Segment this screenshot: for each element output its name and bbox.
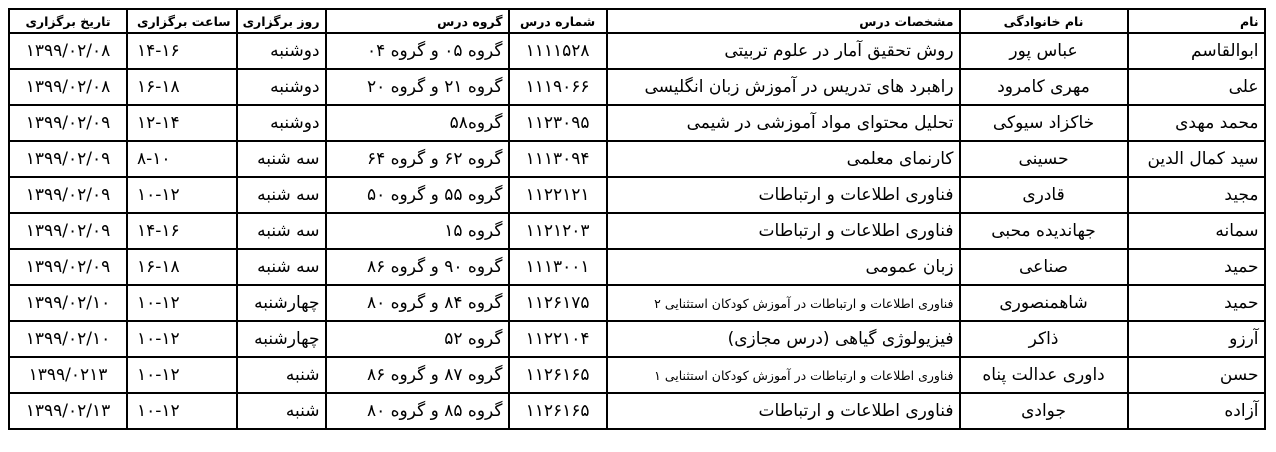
cell-date: ۱۳۹۹/۰۲/۰۹ [9,105,127,141]
course-schedule-table: نام نام خانوادگی مشخصات درس شماره درس گر… [8,8,1266,430]
cell-name: حسن [1128,357,1265,393]
cell-name: حمید [1128,285,1265,321]
cell-course_details: راهبرد های تدریس در آموزش زبان انگلیسی [607,69,960,105]
cell-course_group: گروه۵۸ [326,105,509,141]
cell-course_group: گروه ۶۲ و گروه ۶۴ [326,141,509,177]
cell-time: ۱۲-۱۴ [127,105,237,141]
cell-course_group: گروه ۰۵ و گروه ۰۴ [326,33,509,69]
cell-family: شاهمنصوری [960,285,1128,321]
cell-name: آرزو [1128,321,1265,357]
cell-course_group: گروه ۱۵ [326,213,509,249]
cell-date: ۱۳۹۹/۰۲/۰۹ [9,141,127,177]
cell-family: مهری کامرود [960,69,1128,105]
cell-family: ذاکر [960,321,1128,357]
table-row: محمد مهدیخاکزاد سیوکیتحلیل محتوای مواد آ… [9,105,1265,141]
cell-course_group: گروه ۸۴ و گروه ۸۰ [326,285,509,321]
cell-date: ۱۳۹۹/۰۲/۱۰ [9,285,127,321]
cell-course_number: ۱۱۱۳۰۹۴ [509,141,607,177]
cell-day: شنبه [237,393,326,429]
cell-family: جوادی [960,393,1128,429]
cell-time: ۱۴-۱۶ [127,213,237,249]
cell-course_number: ۱۱۲۲۱۰۴ [509,321,607,357]
cell-name: آزاده [1128,393,1265,429]
table-row: سید کمال الدینحسینیکارنمای معلمی۱۱۱۳۰۹۴گ… [9,141,1265,177]
cell-day: چهارشنبه [237,285,326,321]
cell-date: ۱۳۹۹/۰۲/۰۹ [9,249,127,285]
cell-time: ۱۴-۱۶ [127,33,237,69]
table-row: ابوالقاسمعباس پورروش تحقیق آمار در علوم … [9,33,1265,69]
column-header-date: تاریخ برگزاری [9,9,127,33]
cell-time: ۱۰-۱۲ [127,393,237,429]
cell-name: ابوالقاسم [1128,33,1265,69]
cell-time: ۱۶-۱۸ [127,69,237,105]
table-row: حمیدصناعیزبان عمومی۱۱۱۳۰۰۱گروه ۹۰ و گروه… [9,249,1265,285]
cell-family: جهاندیده محبی [960,213,1128,249]
cell-family: صناعی [960,249,1128,285]
cell-name: محمد مهدی [1128,105,1265,141]
cell-course_details: فناوری اطلاعات و ارتباطات [607,393,960,429]
header-row: نام نام خانوادگی مشخصات درس شماره درس گر… [9,9,1265,33]
cell-family: داوری عدالت پناه [960,357,1128,393]
cell-course_details: تحلیل محتوای مواد آموزشی در شیمی [607,105,960,141]
cell-course_details: فناوری اطلاعات و ارتباطات [607,177,960,213]
cell-family: قادری [960,177,1128,213]
table-row: آرزوذاکرفیزیولوژی گیاهی (درس مجازی)۱۱۲۲۱… [9,321,1265,357]
column-header-day: روز برگزاری [237,9,326,33]
table-row: آزادهجوادیفناوری اطلاعات و ارتباطات۱۱۲۶۱… [9,393,1265,429]
table-row: حمیدشاهمنصوریفناوری اطلاعات و ارتباطات د… [9,285,1265,321]
cell-course_details: فناوری اطلاعات و ارتباطات در آموزش کودکا… [607,285,960,321]
cell-name: علی [1128,69,1265,105]
table-row: علیمهری کامرودراهبرد های تدریس در آموزش … [9,69,1265,105]
cell-day: دوشنبه [237,69,326,105]
cell-course_number: ۱۱۲۶۱۶۵ [509,357,607,393]
cell-course_group: گروه ۹۰ و گروه ۸۶ [326,249,509,285]
cell-course_number: ۱۱۲۳۰۹۵ [509,105,607,141]
column-header-course-group: گروه درس [326,9,509,33]
cell-name: مجید [1128,177,1265,213]
cell-course_details: فناوری اطلاعات و ارتباطات در آموزش کودکا… [607,357,960,393]
column-header-name: نام [1128,9,1265,33]
cell-course_group: گروه ۲۱ و گروه ۲۰ [326,69,509,105]
cell-course_details: روش تحقیق آمار در علوم تربیتی [607,33,960,69]
cell-day: چهارشنبه [237,321,326,357]
cell-course_number: ۱۱۱۱۵۲۸ [509,33,607,69]
cell-time: ۱۰-۱۲ [127,321,237,357]
cell-time: ۱۰-۱۲ [127,285,237,321]
cell-course_number: ۱۱۱۳۰۰۱ [509,249,607,285]
course-schedule: نام نام خانوادگی مشخصات درس شماره درس گر… [8,8,1266,430]
cell-course_details: فناوری اطلاعات و ارتباطات [607,213,960,249]
cell-time: ۱۶-۱۸ [127,249,237,285]
cell-course_number: ۱۱۲۲۱۲۱ [509,177,607,213]
cell-date: ۱۳۹۹/۰۲/۰۹ [9,177,127,213]
table-row: حسنداوری عدالت پناهفناوری اطلاعات و ارتب… [9,357,1265,393]
column-header-course-number: شماره درس [509,9,607,33]
cell-date: ۱۳۹۹/۰۲/۱۰ [9,321,127,357]
cell-date: ۱۳۹۹/۰۲/۰۸ [9,69,127,105]
cell-name: سمانه [1128,213,1265,249]
cell-time: ۱۰-۱۲ [127,357,237,393]
cell-course_group: گروه ۸۵ و گروه ۸۰ [326,393,509,429]
cell-family: عباس پور [960,33,1128,69]
cell-course_details: فیزیولوژی گیاهی (درس مجازی) [607,321,960,357]
cell-course_group: گروه ۸۷ و گروه ۸۶ [326,357,509,393]
cell-course_details: زبان عمومی [607,249,960,285]
cell-course_number: ۱۱۲۶۱۷۵ [509,285,607,321]
table-row: سمانهجهاندیده محبیفناوری اطلاعات و ارتبا… [9,213,1265,249]
cell-course_group: گروه ۵۵ و گروه ۵۰ [326,177,509,213]
cell-date: ۱۳۹۹/۰۲/۰۸ [9,33,127,69]
cell-date: ۱۳۹۹/۰۲/۱۳ [9,393,127,429]
cell-course_number: ۱۱۲۱۲۰۳ [509,213,607,249]
cell-day: سه شنبه [237,213,326,249]
cell-course_number: ۱۱۱۹۰۶۶ [509,69,607,105]
cell-course_details: کارنمای معلمی [607,141,960,177]
cell-course_number: ۱۱۲۶۱۶۵ [509,393,607,429]
cell-time: ۱۰-۱۲ [127,177,237,213]
cell-date: ۱۳۹۹/۰۲۱۳ [9,357,127,393]
cell-day: سه شنبه [237,177,326,213]
column-header-time: ساعت برگزاری [127,9,237,33]
cell-course_group: گروه ۵۲ [326,321,509,357]
column-header-course-details: مشخصات درس [607,9,960,33]
cell-family: خاکزاد سیوکی [960,105,1128,141]
cell-name: حمید [1128,249,1265,285]
cell-day: دوشنبه [237,33,326,69]
cell-day: دوشنبه [237,105,326,141]
cell-date: ۱۳۹۹/۰۲/۰۹ [9,213,127,249]
column-header-family-name: نام خانوادگی [960,9,1128,33]
table-row: مجیدقادریفناوری اطلاعات و ارتباطات۱۱۲۲۱۲… [9,177,1265,213]
cell-time: ۸-۱۰ [127,141,237,177]
cell-family: حسینی [960,141,1128,177]
cell-name: سید کمال الدین [1128,141,1265,177]
cell-day: سه شنبه [237,141,326,177]
cell-day: شنبه [237,357,326,393]
cell-day: سه شنبه [237,249,326,285]
